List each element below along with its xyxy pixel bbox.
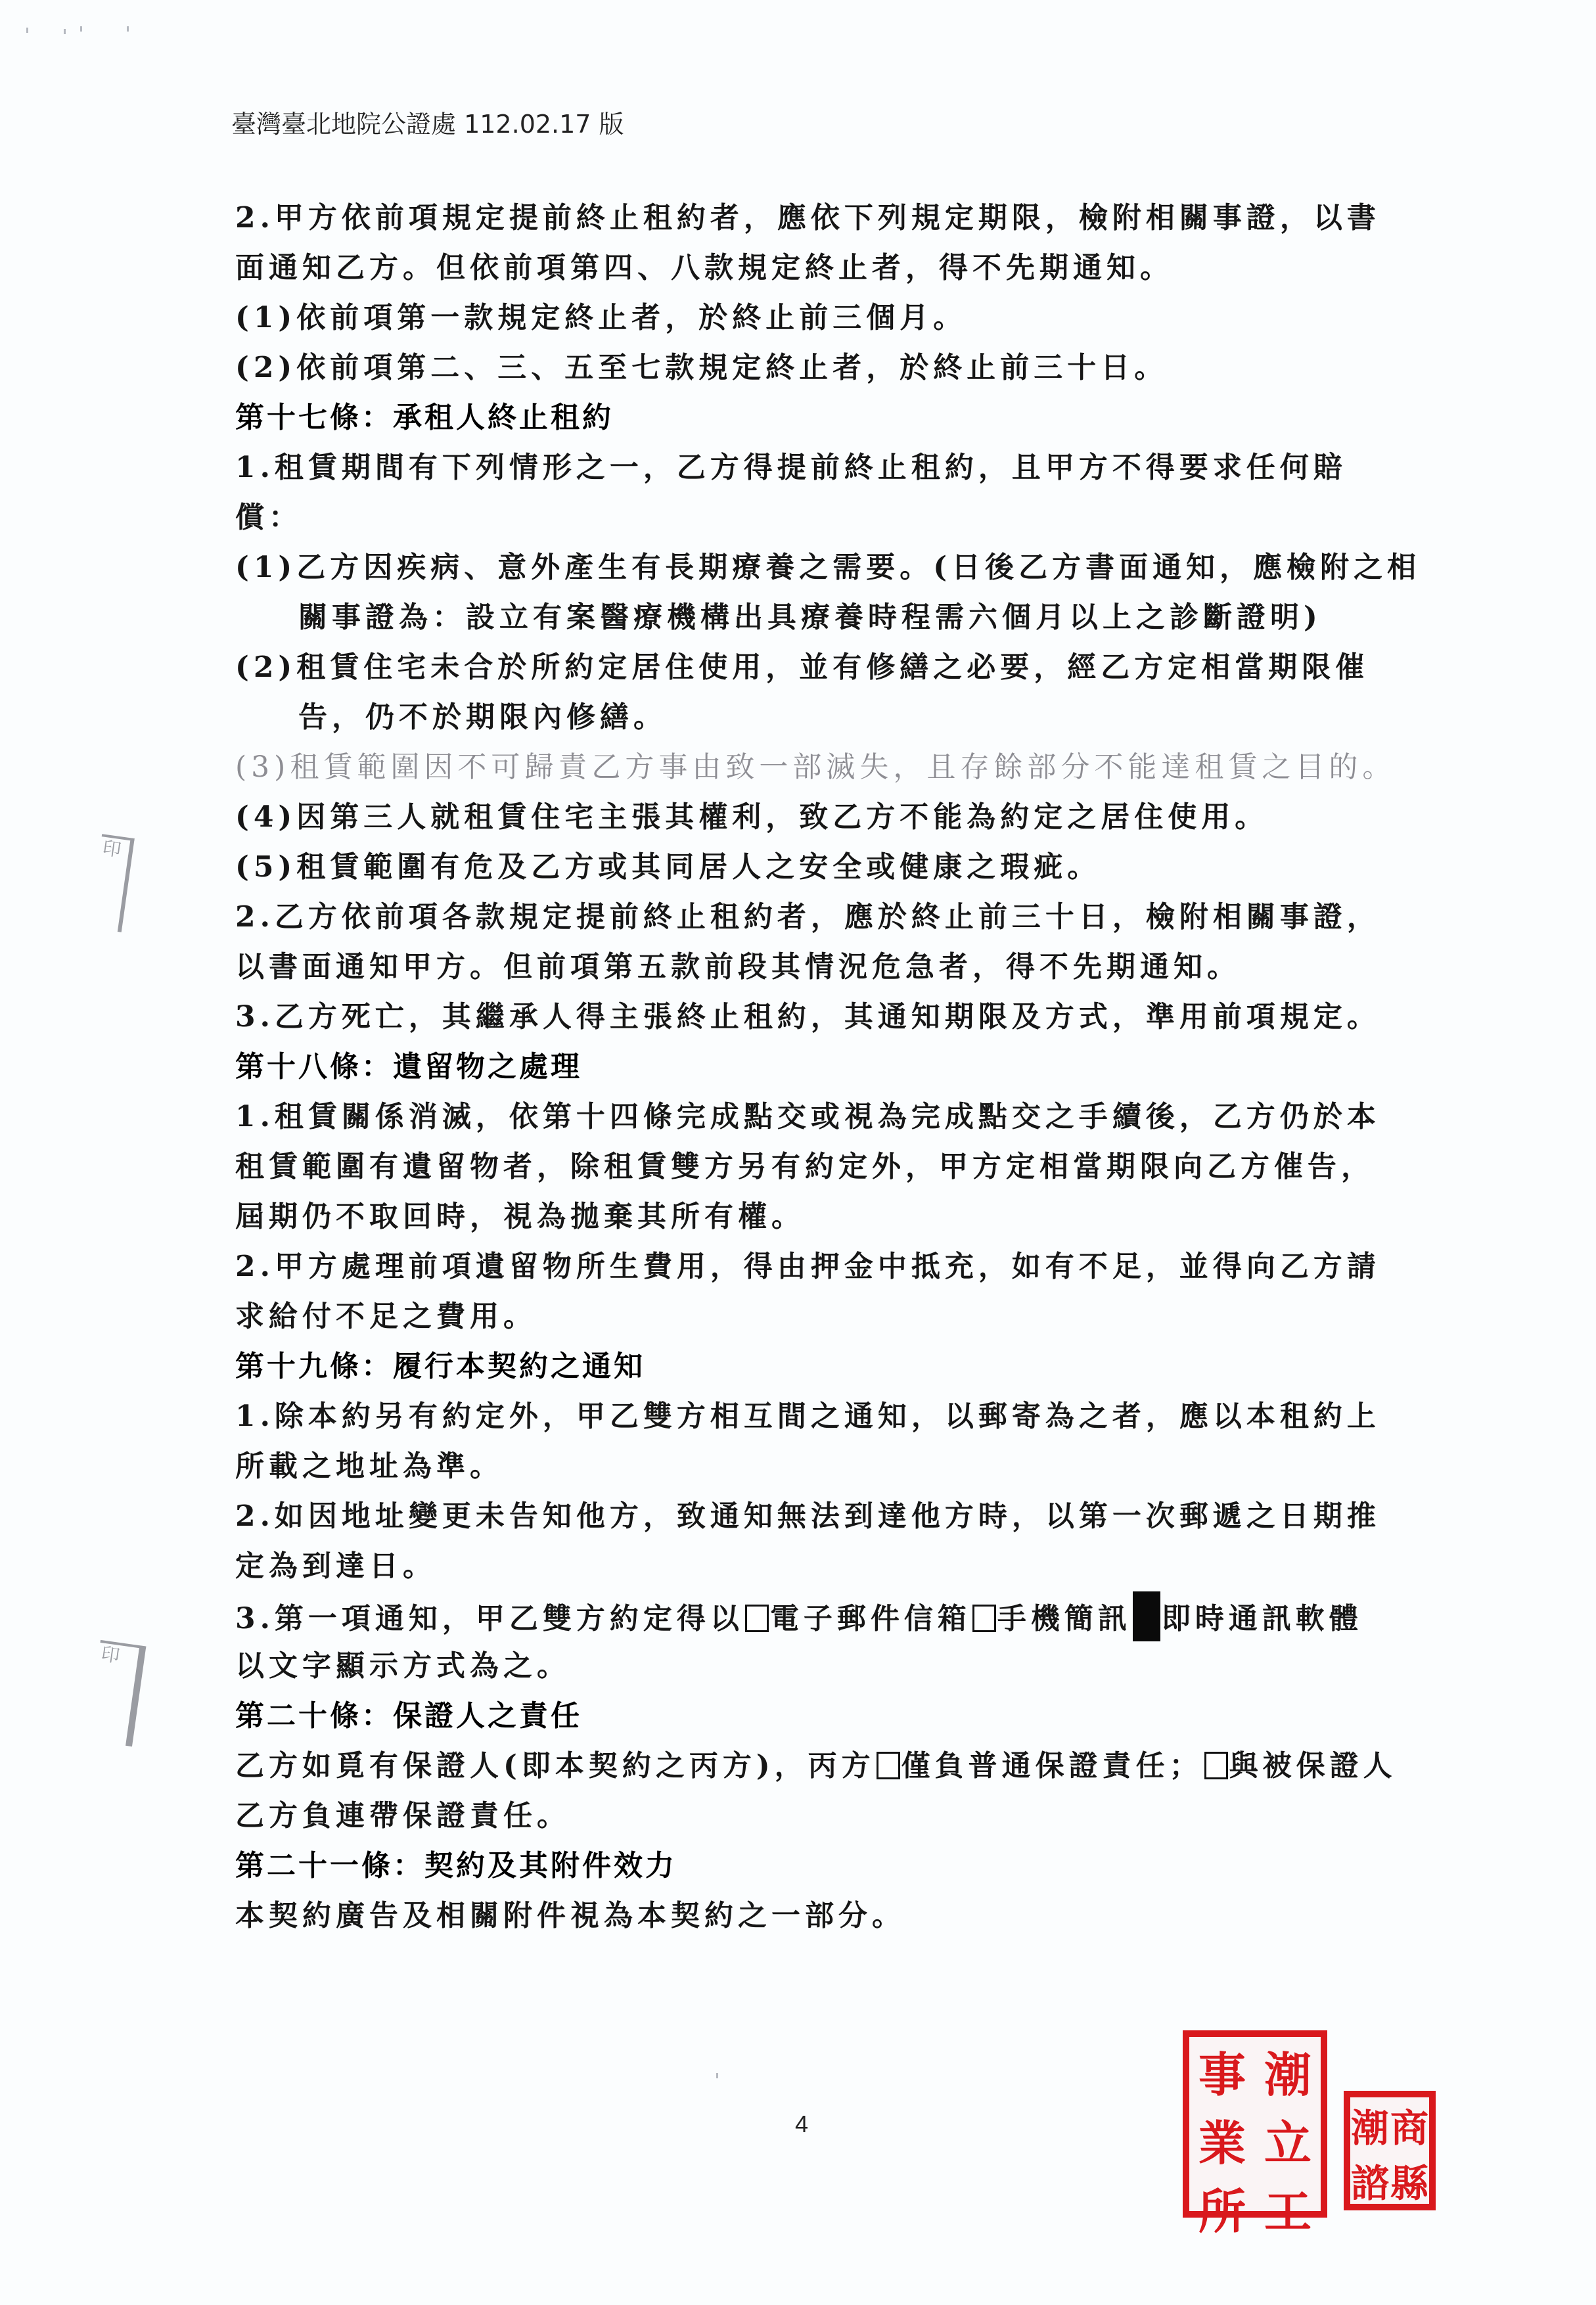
- checkbox-ordinary-guarantee[interactable]: [877, 1752, 900, 1779]
- text-line: 2.甲方處理前項遺留物所生費用，得由押金中抵充，如有不足，並得向乙方請: [235, 1242, 1392, 1292]
- page-number: 4: [795, 2111, 808, 2138]
- scan-speck: [716, 2073, 718, 2078]
- text-line: 1.除本約另有約定外，甲乙雙方相互間之通知，以郵寄為之者，應以本租約上: [235, 1392, 1392, 1442]
- text-line: 屆期仍不取回時，視為拋棄其所有權。: [235, 1192, 1392, 1242]
- text-line: (1)依前項第一款規定終止者，於終止前三個月。: [235, 293, 1392, 343]
- article-18-heading: 第十八條：遺留物之處理: [235, 1042, 1392, 1092]
- scan-speck: [64, 29, 66, 34]
- seal-char: 立: [1264, 2105, 1311, 2174]
- text-line: 租賃範圍有遺留物者，除租賃雙方另有約定外，甲方定相當期限向乙方催告，: [235, 1142, 1392, 1192]
- scan-speck: [26, 28, 28, 33]
- text-line: (1)乙方因疾病、意外產生有長期療養之需要。(日後乙方書面通知，應檢附之相: [235, 543, 1392, 593]
- notice-method-line: 3.第一項通知，甲乙雙方約定得以電子郵件信箱手機簡訊即時通訊軟體: [235, 1591, 1392, 1641]
- guarantor-prefix: 乙方如覓有保證人(即本契約之丙方)，丙方: [235, 1749, 875, 1783]
- text-line: (4)因第三人就租賃住宅主張其權利，致乙方不能為約定之居住使用。: [235, 792, 1392, 842]
- seal-char: 潮: [1264, 2037, 1311, 2105]
- text-line: 1.租賃關係消滅，依第十四條完成點交或視為完成點交之手續後，乙方仍於本: [235, 1092, 1392, 1142]
- text-line: 1.租賃期間有下列情形之一，乙方得提前終止租約，且甲方不得要求任何賠: [235, 443, 1392, 493]
- checkbox-email[interactable]: [745, 1605, 769, 1632]
- margin-seal-mark: 印: [89, 834, 135, 932]
- text-line: 3.乙方死亡，其繼承人得主張終止租約，其通知期限及方式，準用前項規定。: [235, 992, 1392, 1042]
- article-19-heading: 第十九條：履行本契約之通知: [235, 1342, 1392, 1392]
- text-line: 告，仍不於期限內修繕。: [235, 693, 1392, 742]
- checkbox-email-label: 電子郵件信箱: [770, 1602, 971, 1635]
- scan-speck: [80, 26, 82, 32]
- checkbox-joint-guarantee-label: 與被保證人: [1229, 1749, 1397, 1783]
- checkbox-sms[interactable]: [972, 1605, 996, 1632]
- seal-char: 工: [1264, 2174, 1311, 2242]
- red-seal-stamp-large: 事 潮 業 立 所 工: [1183, 2030, 1327, 2218]
- seal-char: 所: [1198, 2174, 1246, 2242]
- scan-speck: [127, 26, 129, 32]
- text-line: (5)租賃範圍有危及乙方或其同居人之安全或健康之瑕疵。: [235, 842, 1392, 892]
- checkbox-ordinary-guarantee-label: 僅負普通保證責任；: [901, 1749, 1203, 1783]
- text-line: (2)依前項第二、三、五至七款規定終止者，於終止前三十日。: [235, 343, 1392, 393]
- text-line: 求給付不足之費用。: [235, 1292, 1392, 1342]
- text-line: 所載之地址為準。: [235, 1442, 1392, 1492]
- red-seal-stamp-small: 潮 商 諮 縣: [1344, 2091, 1436, 2210]
- document-header: 臺灣臺北地院公證處 112.02.17 版: [231, 104, 624, 140]
- text-line: 定為到達日。: [235, 1541, 1392, 1591]
- text-line: 2.甲方依前項規定提前終止租約者，應依下列規定期限，檢附相關事證，以書: [235, 193, 1392, 243]
- text-line: 2.如因地址變更未告知他方，致通知無法到達他方時，以第一次郵遞之日期推: [235, 1492, 1392, 1541]
- seal-char: 業: [1198, 2105, 1246, 2174]
- article-21-heading: 第二十一條：契約及其附件效力: [235, 1841, 1392, 1891]
- seal-char: 潮: [1351, 2097, 1389, 2153]
- checkbox-sms-label: 手機簡訊: [997, 1602, 1131, 1635]
- guarantor-line: 乙方如覓有保證人(即本契約之丙方)，丙方僅負普通保證責任；與被保證人: [235, 1741, 1392, 1791]
- checkbox-joint-guarantee[interactable]: [1204, 1752, 1228, 1779]
- article-20-heading: 第二十條：保證人之責任: [235, 1691, 1392, 1741]
- text-line: 償：: [235, 493, 1392, 543]
- article-17-heading: 第十七條：承租人終止租約: [235, 393, 1392, 443]
- seal-char: 商: [1390, 2097, 1428, 2153]
- checkbox-instant-messaging-label: 即時通訊軟體: [1162, 1602, 1363, 1635]
- text-line: 乙方負連帶保證責任。: [235, 1791, 1392, 1841]
- text-line: 關事證為：設立有案醫療機構出具療養時程需六個月以上之診斷證明): [235, 593, 1392, 643]
- seal-char: 事: [1198, 2037, 1246, 2105]
- seal-char: 諮: [1351, 2153, 1389, 2208]
- text-line: 以書面通知甲方。但前項第五款前段其情況危急者，得不先期通知。: [235, 942, 1392, 992]
- text-line: 面通知乙方。但依前項第四、八款規定終止者，得不先期通知。: [235, 243, 1392, 293]
- checkbox-instant-messaging[interactable]: [1133, 1591, 1160, 1641]
- document-body: 2.甲方依前項規定提前終止租約者，應依下列規定期限，檢附相關事證，以書 面通知乙…: [235, 193, 1392, 1941]
- text-line: 以文字顯示方式為之。: [235, 1641, 1392, 1691]
- text-line: 本契約廣告及相關附件視為本契約之一部分。: [235, 1891, 1392, 1941]
- text-line-faded: (3)租賃範圍因不可歸責乙方事由致一部滅失，且存餘部分不能達租賃之目的。: [235, 742, 1392, 792]
- seal-char: 縣: [1390, 2153, 1428, 2208]
- margin-seal-mark: 印: [87, 1640, 147, 1746]
- notice-method-prefix: 3.第一項通知，甲乙雙方約定得以: [235, 1602, 744, 1635]
- text-line: 2.乙方依前項各款規定提前終止租約者，應於終止前三十日，檢附相關事證，: [235, 892, 1392, 942]
- text-line: (2)租賃住宅未合於所約定居住使用，並有修繕之必要，經乙方定相當期限催: [235, 643, 1392, 693]
